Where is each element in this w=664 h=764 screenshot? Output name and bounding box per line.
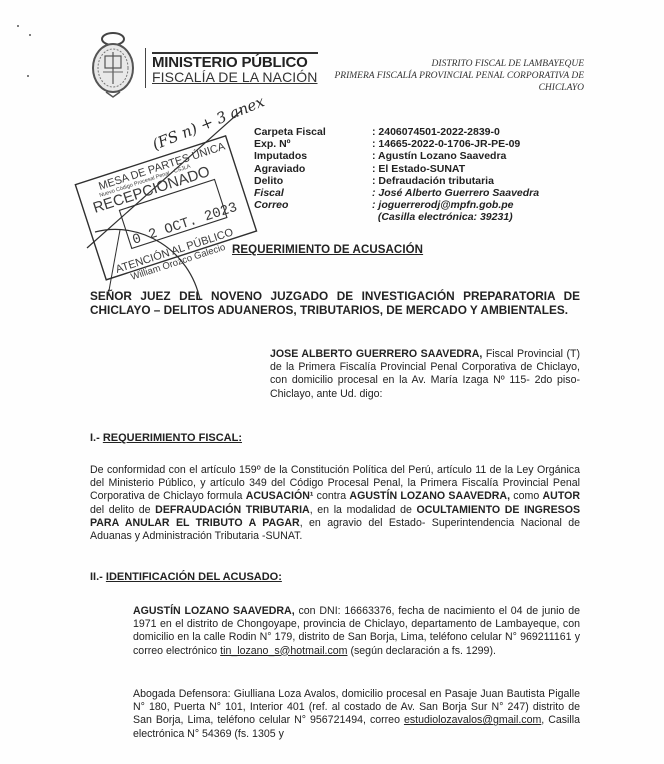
case-info-row: Agraviado: El Estado-SUNAT bbox=[254, 163, 539, 175]
text: como bbox=[510, 490, 543, 502]
text: (según declaración a fs. 1299). bbox=[348, 645, 496, 657]
case-info-row: Correo: joguerrerodj@mpfn.gob.pe bbox=[254, 199, 539, 211]
text: del delito de bbox=[90, 504, 155, 516]
coat-of-arms-icon bbox=[88, 30, 138, 100]
case-info-row: Exp. Nº: 14665-2022-0-1706-JR-PE-09 bbox=[254, 138, 539, 150]
institution-name: MINISTERIO PÚBLICO bbox=[152, 52, 318, 70]
case-info-label: Exp. Nº bbox=[254, 138, 372, 150]
case-info-value: : 2406074501-2022-2839-0 bbox=[372, 126, 500, 138]
district-heading: DISTRITO FISCAL DE LAMBAYEQUE PRIMERA FI… bbox=[334, 58, 584, 94]
case-info-label: Correo bbox=[254, 199, 372, 211]
case-info-label: Delito bbox=[254, 175, 372, 187]
section-number: II.- bbox=[90, 571, 106, 583]
margin-mark bbox=[29, 34, 31, 36]
handwritten-note: (FS n) + 3 anex bbox=[150, 92, 268, 154]
section-heading-requerimiento: I.- REQUERIMIENTO FISCAL: bbox=[90, 432, 242, 444]
case-info-value: : Agustín Lozano Saavedra bbox=[372, 150, 506, 162]
case-info-value: : El Estado-SUNAT bbox=[372, 163, 465, 175]
fiscal-name: JOSE ALBERTO GUERRERO SAAVEDRA, bbox=[270, 348, 482, 360]
accused-identification: AGUSTÍN LOZANO SAAVEDRA, con DNI: 166633… bbox=[133, 605, 580, 658]
district-line: DISTRITO FISCAL DE LAMBAYEQUE bbox=[334, 58, 584, 70]
section-title: IDENTIFICACIÓN DEL ACUSADO: bbox=[106, 571, 282, 583]
case-info-value: : José Alberto Guerrero Saavedra bbox=[372, 187, 539, 199]
stamp-top-text: MESA DE PARTES ÚNICA bbox=[97, 139, 227, 192]
fiscal-introduction: JOSE ALBERTO GUERRERO SAAVEDRA, Fiscal P… bbox=[270, 348, 580, 401]
case-info-value: : 14665-2022-0-1706-JR-PE-09 bbox=[372, 138, 520, 150]
text-bold: ACUSACIÓN¹ bbox=[246, 490, 314, 502]
document-title: REQUERIMIENTO DE ACUSACIÓN bbox=[232, 244, 423, 256]
case-info-block: Carpeta Fiscal: 2406074501-2022-2839-0Ex… bbox=[254, 126, 539, 224]
defense-attorney: Abogada Defensora: Giulliana Loza Avalos… bbox=[133, 688, 580, 741]
case-info-label: Agraviado bbox=[254, 163, 372, 175]
case-info-value: (Casilla electrónica: 39231) bbox=[372, 211, 513, 223]
accused-email-link[interactable]: tin_lozano_s@hotmail.com bbox=[220, 645, 347, 657]
institution-subname: FISCALÍA DE LA NACIÓN bbox=[152, 70, 318, 85]
case-info-label bbox=[254, 211, 372, 223]
stamp-sub-text: Nuevo Código Procesal Penal - CSJLA bbox=[99, 164, 192, 199]
case-info-row: Fiscal: José Alberto Guerrero Saavedra bbox=[254, 187, 539, 199]
accused-name: AGUSTÍN LOZANO SAAVEDRA, bbox=[133, 605, 295, 617]
case-info-value: : Defraudación tributaria bbox=[372, 175, 494, 187]
case-info-label: Fiscal bbox=[254, 187, 372, 199]
text: contra bbox=[313, 490, 349, 502]
district-line: CHICLAYO bbox=[334, 82, 584, 94]
section-number: I.- bbox=[90, 432, 103, 444]
text: , en la modalidad de bbox=[310, 504, 417, 516]
defense-email-link[interactable]: estudiolozavalos@gmail.com bbox=[404, 714, 541, 726]
section-title: REQUERIMIENTO FISCAL: bbox=[103, 432, 242, 444]
text-bold: DEFRAUDACIÓN TRIBUTARIA bbox=[155, 504, 310, 516]
case-info-label: Imputados bbox=[254, 150, 372, 162]
margin-mark bbox=[27, 75, 29, 77]
stamp-bottom-text: ATENCIÓN AL PÚBLICO bbox=[114, 225, 235, 275]
case-info-row: (Casilla electrónica: 39231) bbox=[254, 211, 539, 223]
stamp-date: 0 2 OCT. 2023 bbox=[131, 200, 240, 249]
district-line: PRIMERA FISCALÍA PROVINCIAL PENAL CORPOR… bbox=[334, 70, 584, 82]
case-info-label: Carpeta Fiscal bbox=[254, 126, 372, 138]
institution-logo-text: MINISTERIO PÚBLICO FISCALÍA DE LA NACIÓN bbox=[152, 52, 318, 85]
margin-mark bbox=[17, 25, 19, 27]
case-info-value[interactable]: : joguerrerodj@mpfn.gob.pe bbox=[372, 199, 513, 211]
text-bold: AGUSTÍN LOZANO SAAVEDRA, bbox=[349, 490, 510, 502]
section-heading-identificacion: II.- IDENTIFICACIÓN DEL ACUSADO: bbox=[90, 571, 282, 583]
header-divider bbox=[145, 48, 146, 88]
document-page: MINISTERIO PÚBLICO FISCALÍA DE LA NACIÓN… bbox=[0, 0, 664, 764]
section-requerimiento-body: De conformidad con el artículo 159º de l… bbox=[90, 464, 580, 543]
case-info-row: Carpeta Fiscal: 2406074501-2022-2839-0 bbox=[254, 126, 539, 138]
stamp-status: RECEPCIONADO bbox=[91, 163, 212, 217]
text-bold: AUTOR bbox=[543, 490, 580, 502]
addressee: SEÑOR JUEZ DEL NOVENO JUZGADO DE INVESTI… bbox=[90, 289, 580, 317]
case-info-row: Delito: Defraudación tributaria bbox=[254, 175, 539, 187]
case-info-row: Imputados: Agustín Lozano Saavedra bbox=[254, 150, 539, 162]
stamp-signer: William Orozco Galecio bbox=[130, 242, 227, 283]
